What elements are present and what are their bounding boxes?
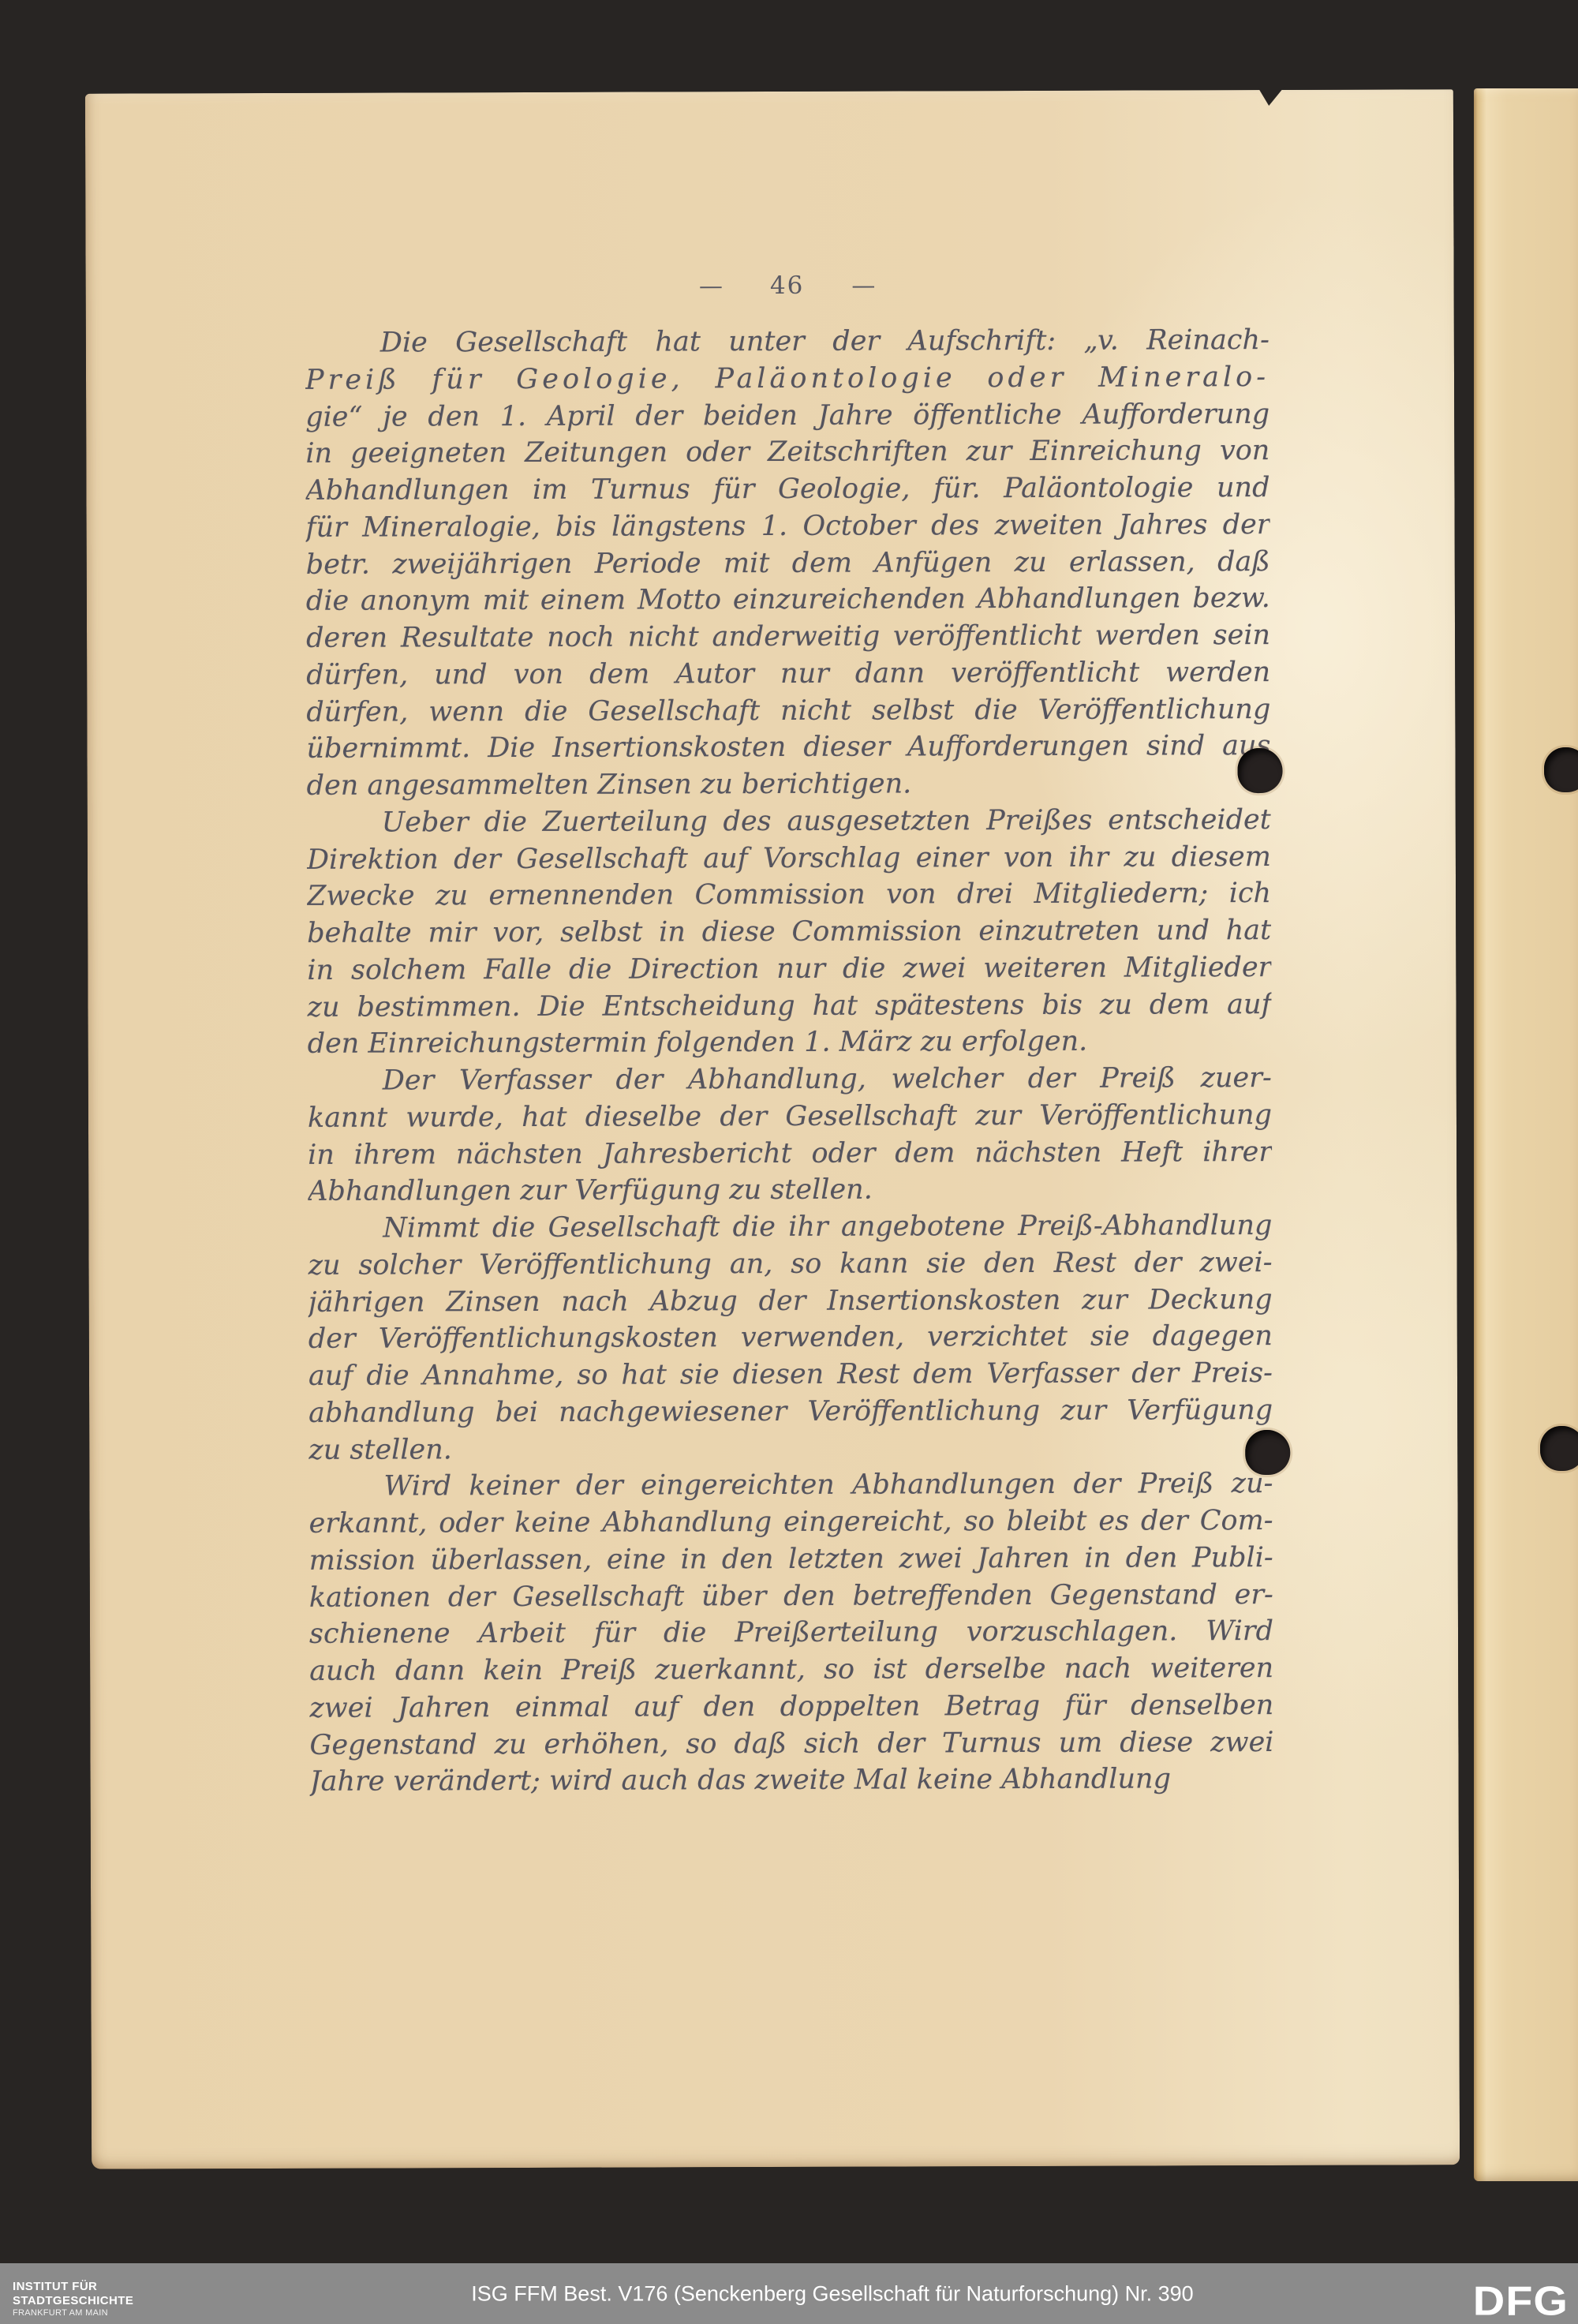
text-line: behalte mir vor, selbst in diese Commiss…	[307, 912, 1271, 952]
text-line: in geeigneten Zeitungen oder Zeitschrift…	[305, 432, 1270, 473]
page-number: 46	[770, 271, 805, 300]
page-number-dash-left: —	[699, 272, 723, 300]
page-text: Die Gesellschaft hat unter der Aufschrif…	[305, 322, 1274, 1801]
text-line: zu solcher Veröffentlichung an, so kann …	[308, 1244, 1272, 1285]
text-line: zu bestimmen. Die Entscheidung hat späte…	[307, 986, 1271, 1027]
text-line: dürfen, wenn die Gesellschaft nicht selb…	[306, 691, 1270, 732]
text-line: in ihrem nächsten Jahresbericht oder dem…	[308, 1134, 1272, 1174]
viewer-footer: INSTITUT FÜR STADTGESCHICHTE FRANKFURT A…	[0, 2263, 1578, 2324]
text-line: Preiß für Geologie, Paläontologie oder M…	[305, 359, 1270, 399]
text-line: mission überlassen, eine in den letzten …	[309, 1540, 1273, 1580]
text-line: die anonym mit einem Motto einzureichend…	[306, 580, 1270, 620]
scan-background: — 46 — Die Gesellschaft hat unter der Au…	[0, 0, 1578, 2324]
archive-reference: ISG FFM Best. V176 (Senckenberg Gesellsc…	[471, 2281, 1193, 2306]
text-line: Zwecke zu ernennenden Commission von dre…	[307, 875, 1271, 915]
document-page: — 46 — Die Gesellschaft hat unter der Au…	[85, 89, 1460, 2169]
text-line: zwei Jahren einmal auf den doppelten Bet…	[309, 1687, 1273, 1727]
page-header: — 46 —	[305, 270, 1270, 301]
text-line: jährigen Zinsen nach Abzug der Insertion…	[308, 1282, 1273, 1322]
text-line: abhandlung bei nachgewiesener Veröffentl…	[308, 1392, 1273, 1432]
dfg-logo: DFG	[1473, 2281, 1569, 2322]
adjacent-page-edge	[1474, 88, 1578, 2181]
text-line: übernimmt. Die Insertionskosten dieser A…	[306, 728, 1270, 768]
text-line: in solchem Falle die Direction nur die z…	[307, 949, 1271, 990]
text-line: betr. zweijährigen Periode mit dem Anfüg…	[306, 544, 1270, 584]
text-line: Direktion der Gesellschaft auf Vorschlag…	[307, 839, 1271, 879]
text-line: Der Verfasser der Abhandlung, welcher de…	[308, 1060, 1272, 1100]
text-line: auf die Annahme, so hat sie diesen Rest …	[308, 1355, 1273, 1395]
institute-name-line3: FRANKFURT AM MAIN	[13, 2309, 133, 2318]
text-line: Wird keiner der eingereichten Abhandlung…	[308, 1465, 1273, 1506]
institute-name-line1: INSTITUT FÜR	[13, 2281, 133, 2292]
punch-hole	[1237, 748, 1282, 793]
text-line: Abhandlungen zur Verfügung zu stellen.	[308, 1170, 1272, 1211]
text-line: für Mineralogie, bis längstens 1. Octobe…	[306, 507, 1270, 547]
text-line: gie“ je den 1. April der beiden Jahre öf…	[305, 396, 1270, 436]
text-line: Die Gesellschaft hat unter der Aufschrif…	[305, 322, 1270, 362]
text-line: zu stellen.	[308, 1429, 1273, 1469]
text-line: schienene Arbeit für die Preißerteilung …	[309, 1613, 1273, 1653]
text-line: deren Resultate noch nicht anderweitig v…	[306, 617, 1270, 657]
punch-hole	[1245, 1430, 1290, 1475]
page-number-dash-right: —	[851, 272, 875, 300]
institute-logo: INSTITUT FÜR STADTGESCHICHTE FRANKFURT A…	[13, 2281, 133, 2318]
punch-hole	[1544, 747, 1578, 792]
text-line: Gegenstand zu erhöhen, so daß sich der T…	[309, 1724, 1273, 1765]
text-line: Nimmt die Gesellschaft die ihr angeboten…	[308, 1207, 1272, 1248]
text-line: Abhandlungen im Turnus für Geologie, für…	[305, 470, 1270, 510]
text-line: Ueber die Zuerteilung des ausgesetzten P…	[307, 802, 1271, 842]
text-line: der Veröffentlichungskosten verwenden, v…	[308, 1318, 1273, 1358]
text-line: auch dann kein Preiß zuerkannt, so ist d…	[309, 1650, 1273, 1690]
institute-name-line2: STADTGESCHICHTE	[13, 2295, 133, 2307]
text-line: den Einreichungstermin folgenden 1. März…	[308, 1023, 1272, 1063]
punch-hole	[1540, 1426, 1578, 1471]
text-line: erkannt, oder keine Abhandlung eingereic…	[308, 1503, 1273, 1543]
text-line: dürfen, und von dem Autor nur dann veröf…	[306, 654, 1270, 694]
text-line: kationen der Gesellschaft über den betre…	[309, 1577, 1273, 1617]
text-line: Jahre verändert; wird auch das zweite Ma…	[310, 1761, 1274, 1801]
text-line: den angesammelten Zinsen zu berichtigen.	[307, 765, 1271, 805]
page-tear-notch	[1258, 87, 1284, 106]
text-line: kannt wurde, hat dieselbe der Gesellscha…	[308, 1097, 1272, 1137]
